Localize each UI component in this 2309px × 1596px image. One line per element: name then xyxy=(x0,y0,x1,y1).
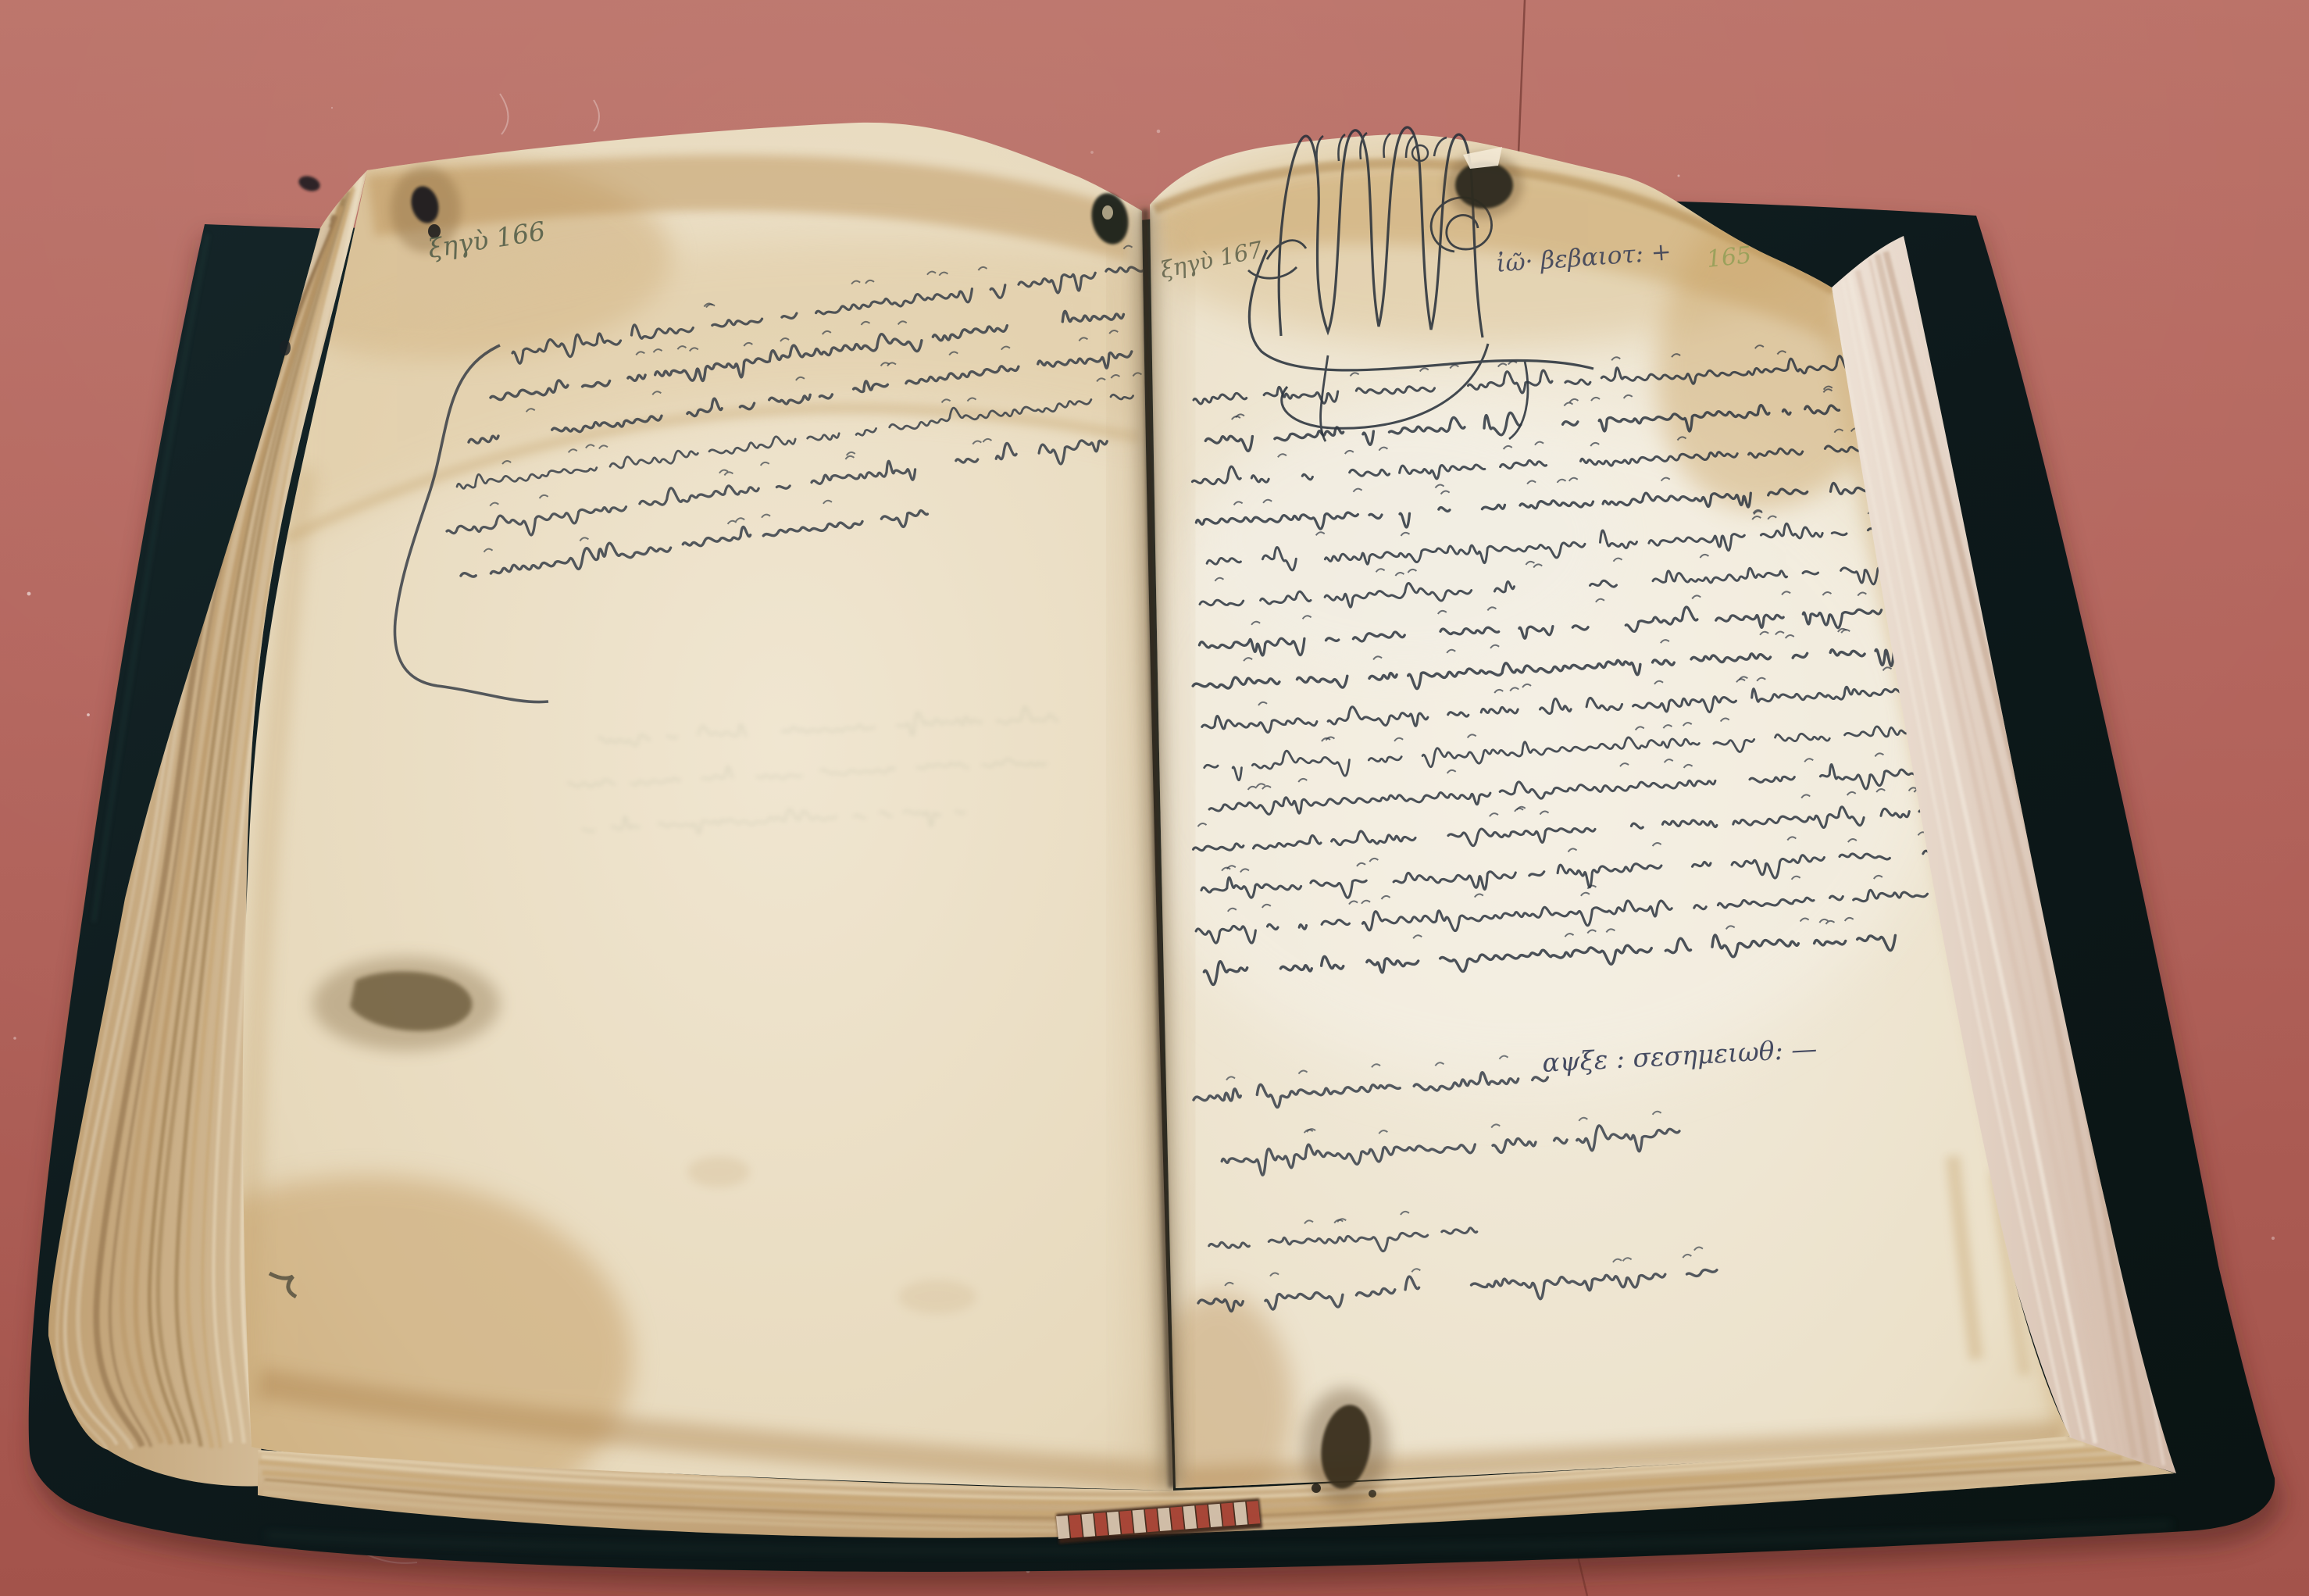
dust-speck xyxy=(27,592,31,596)
endband-stripe xyxy=(1170,1507,1184,1530)
endband-stripe xyxy=(1119,1511,1133,1534)
ink-blot-flake xyxy=(1102,205,1113,220)
endband-stripe xyxy=(1208,1504,1222,1527)
ink-dot xyxy=(1369,1490,1376,1498)
dust-speck xyxy=(331,107,333,109)
endband-stripe xyxy=(1221,1503,1235,1526)
endband-stripe xyxy=(1234,1501,1248,1525)
photo-stage: ξηγὺ 166 xyxy=(0,0,2309,1596)
manuscript-photograph: ξηγὺ 166 xyxy=(0,0,2309,1596)
endband-stripe xyxy=(1082,1513,1096,1537)
fox-spot xyxy=(898,1280,976,1314)
dust-speck xyxy=(1678,175,1680,177)
page-highlight xyxy=(1195,406,1617,672)
dust-speck xyxy=(87,713,90,716)
green-foliation-number: 165 xyxy=(1705,241,1753,273)
endband-stripe xyxy=(1107,1512,1121,1535)
dust-speck xyxy=(2272,1237,2275,1240)
ink-dot xyxy=(1312,1484,1321,1493)
endband-stripe xyxy=(1145,1509,1159,1532)
endband-stripe xyxy=(1158,1508,1172,1531)
endband-stripe xyxy=(1196,1505,1210,1528)
edge-ink-spot xyxy=(280,340,291,355)
endband-stripe xyxy=(1247,1501,1261,1524)
dust-speck xyxy=(1157,130,1161,134)
dust-speck xyxy=(1090,151,1094,154)
endband-stripe xyxy=(1069,1515,1083,1538)
dust-speck xyxy=(13,1037,16,1040)
endband-stripe xyxy=(1056,1516,1070,1539)
fox-spot xyxy=(687,1156,750,1187)
smudge-halo xyxy=(312,957,500,1051)
endband-stripe xyxy=(1183,1505,1197,1529)
endband-stripe xyxy=(1094,1512,1108,1536)
endband-stripe xyxy=(1133,1509,1147,1533)
